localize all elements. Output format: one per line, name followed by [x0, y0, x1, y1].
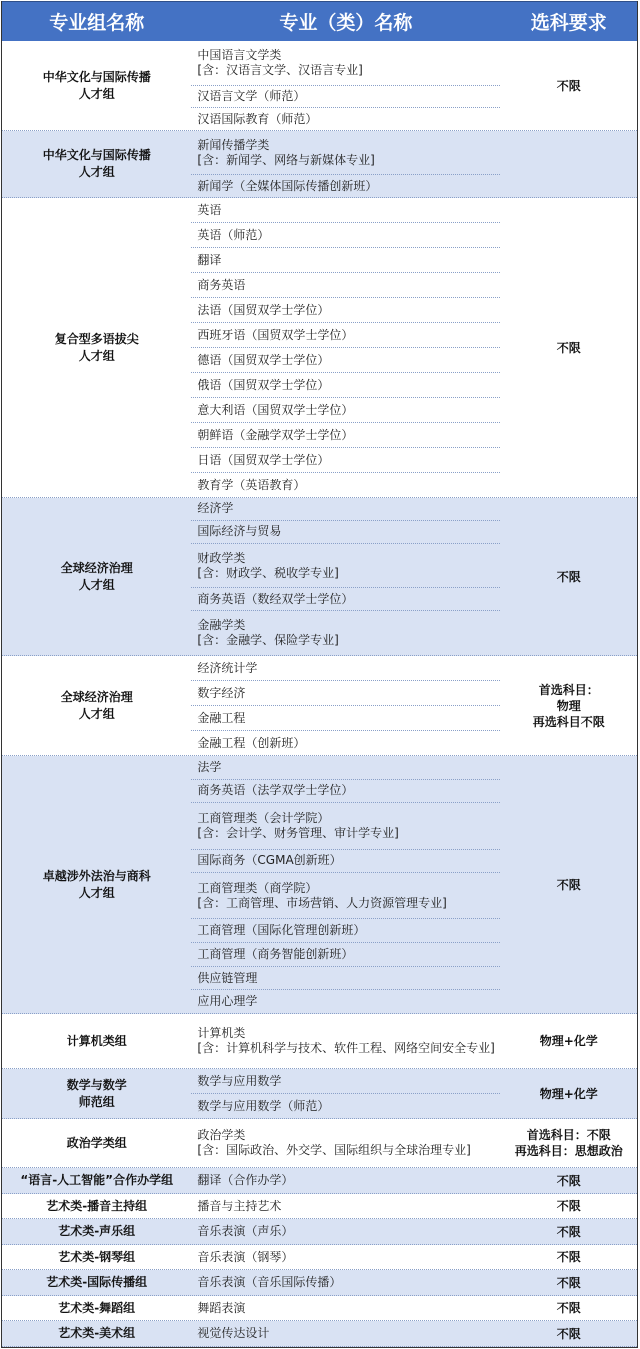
major-list: 法学商务英语（法学双学士学位）工商管理类（会计学院） [含：会计学、财务管理、审… [191, 756, 500, 1013]
major-item: 法语（国贸双学士学位） [191, 298, 500, 323]
major-list: 音乐表演（声乐） [191, 1219, 500, 1244]
major-list: 英语英语（师范）翻译商务英语法语（国贸双学士学位）西班牙语（国贸双学士学位）德语… [191, 198, 500, 497]
major-item: 工商管理（国际化管理创新班） [191, 919, 500, 943]
subject-requirement: 首选科目：不限 再选科目：思想政治 [500, 1119, 637, 1167]
table-row-group: 中华文化与国际传播 人才组新闻传播学类 [含：新闻学、网络与新媒体专业]新闻学（… [2, 131, 637, 198]
major-item: 应用心理学 [191, 990, 500, 1013]
table-row-group: 艺术类-播音主持组播音与主持艺术不限 [2, 1194, 637, 1219]
major-item: 舞蹈表演 [191, 1296, 500, 1320]
major-item: 英语 [191, 198, 500, 223]
admission-table: 专业组名称 专业（类）名称 选科要求 中华文化与国际传播 人才组中国语言文学类 … [1, 1, 638, 1348]
group-name: 艺术类-舞蹈组 [2, 1296, 191, 1320]
subject-requirement: 物理+化学 [500, 1069, 637, 1118]
major-item: 商务英语（法学双学士学位） [191, 780, 500, 804]
header-major-name: 专业（类）名称 [191, 8, 500, 35]
major-list: 经济学国际经济与贸易财政学类 [含：财政学、税收学专业]商务英语（数经双学士学位… [191, 498, 500, 655]
subject-requirement: 不限 [500, 756, 637, 1013]
major-list: 音乐表演（音乐国际传播） [191, 1270, 500, 1295]
group-name: “语言-人工智能”合作办学组 [2, 1168, 191, 1193]
subject-requirement: 不限 [500, 1296, 637, 1320]
table-row-group: 政治学类组政治学类 [含：国际政治、外交学、国际组织与全球治理专业]首选科目：不… [2, 1119, 637, 1168]
major-item: 教育学（英语教育） [191, 473, 500, 497]
table-row-group: “语言-人工智能”合作办学组翻译（合作办学）不限 [2, 1168, 637, 1194]
group-name: 艺术类-声乐组 [2, 1219, 191, 1244]
major-item: 计算机类 [含：计算机科学与技术、软件工程、网络空间安全专业] [191, 1014, 500, 1068]
major-list: 政治学类 [含：国际政治、外交学、国际组织与全球治理专业] [191, 1119, 500, 1167]
major-list: 经济统计学数字经济金融工程金融工程（创新班） [191, 656, 500, 755]
major-item: 新闻传播学类 [含：新闻学、网络与新媒体专业] [191, 131, 500, 175]
subject-requirement: 不限 [500, 1219, 637, 1244]
major-list: 播音与主持艺术 [191, 1194, 500, 1218]
table-row-group: 复合型多语拔尖 人才组英语英语（师范）翻译商务英语法语（国贸双学士学位）西班牙语… [2, 198, 637, 498]
group-name: 数学与数学 师范组 [2, 1069, 191, 1118]
major-item: 中国语言文学类 [含：汉语言文学、汉语言专业] [191, 41, 500, 86]
group-name: 艺术类-国际传播组 [2, 1270, 191, 1295]
major-item: 音乐表演（钢琴） [191, 1245, 500, 1269]
group-name: 艺术类-美术组 [2, 1321, 191, 1346]
major-list: 新闻传播学类 [含：新闻学、网络与新媒体专业]新闻学（全媒体国际传播创新班） [191, 131, 500, 197]
table-row-group: 卓越涉外法治与商科 人才组法学商务英语（法学双学士学位）工商管理类（会计学院） … [2, 756, 637, 1014]
group-name: 全球经济治理 人才组 [2, 656, 191, 755]
major-item: 翻译（合作办学） [191, 1168, 500, 1193]
subject-requirement: 不限 [500, 498, 637, 655]
major-item: 法学 [191, 756, 500, 780]
major-item: 工商管理（商务智能创新班） [191, 943, 500, 967]
header-subject-requirement: 选科要求 [500, 8, 637, 35]
major-item: 翻译 [191, 248, 500, 273]
subject-requirement: 不限 [500, 1270, 637, 1295]
group-name: 全球经济治理 人才组 [2, 498, 191, 655]
major-item: 新闻学（全媒体国际传播创新班） [191, 175, 500, 197]
table-row-group: 全球经济治理 人才组经济学国际经济与贸易财政学类 [含：财政学、税收学专业]商务… [2, 498, 637, 656]
major-item: 日语（国贸双学士学位） [191, 448, 500, 473]
group-name: 艺术类-钢琴组 [2, 1245, 191, 1269]
table-row-group: 数学与数学 师范组数学与应用数学数学与应用数学（师范）物理+化学 [2, 1069, 637, 1119]
group-name: 艺术类-播音主持组 [2, 1194, 191, 1218]
table-row-group: 艺术类-声乐组音乐表演（声乐）不限 [2, 1219, 637, 1245]
subject-requirement: 首选科目： 物理 再选科目不限 [500, 656, 637, 755]
major-item: 工商管理类（商学院） [含：工商管理、市场营销、人力资源管理专业] [191, 873, 500, 919]
major-list: 数学与应用数学数学与应用数学（师范） [191, 1069, 500, 1118]
major-list: 音乐表演（钢琴） [191, 1245, 500, 1269]
subject-requirement: 不限 [500, 198, 637, 497]
subject-requirement: 不限 [500, 1245, 637, 1269]
major-item: 音乐表演（声乐） [191, 1219, 500, 1244]
major-item: 国际经济与贸易 [191, 521, 500, 544]
major-list: 视觉传达设计 [191, 1321, 500, 1346]
subject-requirement: 不限 [500, 1194, 637, 1218]
group-name: 计算机类组 [2, 1014, 191, 1068]
major-item: 金融工程 [191, 706, 500, 731]
group-name: 复合型多语拔尖 人才组 [2, 198, 191, 497]
major-item: 工商管理类（会计学院） [含：会计学、财务管理、审计学专业] [191, 803, 500, 849]
table-row-group: 艺术类-国际传播组音乐表演（音乐国际传播）不限 [2, 1270, 637, 1296]
major-item: 商务英语（数经双学士学位） [191, 588, 500, 611]
major-item: 德语（国贸双学士学位） [191, 348, 500, 373]
major-item: 英语（师范） [191, 223, 500, 248]
major-item: 供应链管理 [191, 967, 500, 991]
major-item: 数字经济 [191, 681, 500, 706]
major-item: 俄语（国贸双学士学位） [191, 373, 500, 398]
subject-requirement: 不限 [500, 41, 637, 130]
group-name: 中华文化与国际传播 人才组 [2, 41, 191, 130]
major-item: 政治学类 [含：国际政治、外交学、国际组织与全球治理专业] [191, 1119, 500, 1167]
major-item: 金融学类 [含：金融学、保险学专业] [191, 611, 500, 655]
table-body: 中华文化与国际传播 人才组中国语言文学类 [含：汉语言文学、汉语言专业]汉语言文… [2, 41, 637, 1347]
major-item: 财政学类 [含：财政学、税收学专业] [191, 544, 500, 589]
subject-requirement: 物理+化学 [500, 1014, 637, 1068]
major-item: 播音与主持艺术 [191, 1194, 500, 1218]
group-name: 卓越涉外法治与商科 人才组 [2, 756, 191, 1013]
major-item: 金融工程（创新班） [191, 731, 500, 755]
major-item: 国际商务（CGMA创新班） [191, 850, 500, 874]
major-item: 视觉传达设计 [191, 1321, 500, 1346]
major-item: 汉语国际教育（师范） [191, 108, 500, 130]
subject-requirement: 不限 [500, 1321, 637, 1346]
major-item: 数学与应用数学 [191, 1069, 500, 1094]
table-row-group: 中华文化与国际传播 人才组中国语言文学类 [含：汉语言文学、汉语言专业]汉语言文… [2, 41, 637, 131]
table-row-group: 全球经济治理 人才组经济统计学数字经济金融工程金融工程（创新班）首选科目： 物理… [2, 656, 637, 756]
group-name: 中华文化与国际传播 人才组 [2, 131, 191, 197]
table-row-group: 艺术类-美术组视觉传达设计不限 [2, 1321, 637, 1347]
major-list: 中国语言文学类 [含：汉语言文学、汉语言专业]汉语言文学（师范）汉语国际教育（师… [191, 41, 500, 130]
major-item: 经济学 [191, 498, 500, 521]
major-list: 舞蹈表演 [191, 1296, 500, 1320]
major-item: 意大利语（国贸双学士学位） [191, 398, 500, 423]
table-row-group: 艺术类-钢琴组音乐表演（钢琴）不限 [2, 1245, 637, 1270]
major-list: 计算机类 [含：计算机科学与技术、软件工程、网络空间安全专业] [191, 1014, 500, 1068]
header-group-name: 专业组名称 [2, 8, 191, 35]
subject-requirement: 不限 [500, 1168, 637, 1193]
major-list: 翻译（合作办学） [191, 1168, 500, 1193]
major-item: 西班牙语（国贸双学士学位） [191, 323, 500, 348]
major-item: 汉语言文学（师范） [191, 86, 500, 109]
major-item: 数学与应用数学（师范） [191, 1094, 500, 1118]
major-item: 音乐表演（音乐国际传播） [191, 1270, 500, 1295]
table-row-group: 艺术类-舞蹈组舞蹈表演不限 [2, 1296, 637, 1321]
subject-requirement [500, 131, 637, 197]
table-header: 专业组名称 专业（类）名称 选科要求 [2, 1, 637, 41]
major-item: 商务英语 [191, 273, 500, 298]
table-row-group: 计算机类组计算机类 [含：计算机科学与技术、软件工程、网络空间安全专业]物理+化… [2, 1014, 637, 1069]
major-item: 经济统计学 [191, 656, 500, 681]
major-item: 朝鲜语（金融学双学士学位） [191, 423, 500, 448]
group-name: 政治学类组 [2, 1119, 191, 1167]
